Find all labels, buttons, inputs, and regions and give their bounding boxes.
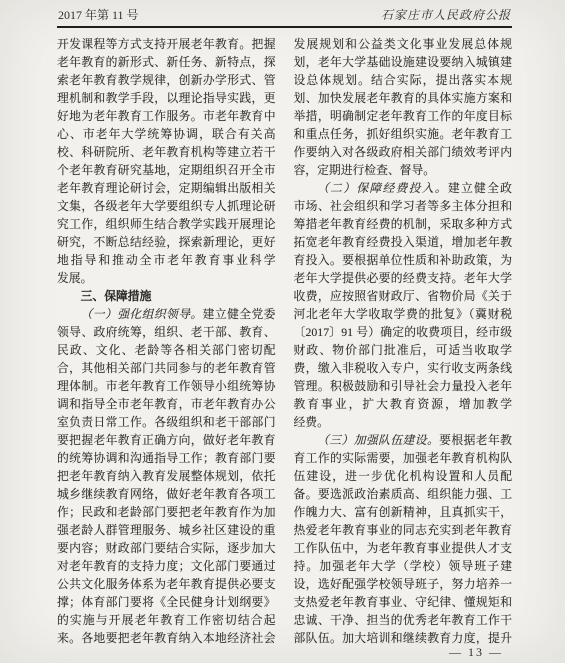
body-text: 校、科研院所、老年教育机构等建立若干 xyxy=(57,145,276,159)
body-text: 育投入。要根据单位性质和补助政策，为 xyxy=(294,253,513,267)
body-text: 撑；体育部门要将《全民健身计划纲要》 xyxy=(57,595,276,609)
body-text: 民政、文化、老龄等各相关部门密切配 xyxy=(57,343,276,357)
clause-lead-text: （二）保障经费投入。 xyxy=(317,181,448,195)
text-line: 究工作，组织师生结合教学实践开展理论 xyxy=(57,215,276,233)
body-text: 管理。积极鼓励和引导社会力量投入老年 xyxy=(294,379,513,393)
body-text: 把老年教育纳入教育发展整体规划，依托 xyxy=(57,469,276,483)
text-line: 撑；体育部门要将《全民健身计划纲要》 xyxy=(57,593,276,611)
text-line: 筹措老年教育经费的机制，采取多种方式 xyxy=(294,215,513,233)
text-line: 调和指导全市老年教育，市老年教育办公 xyxy=(57,395,276,413)
text-line: （三）加强队伍建设。要根据老年教 xyxy=(294,431,513,449)
text-line: 文集，各级老年大学要组织专人抓理论研 xyxy=(57,197,276,215)
body-text: 合，其他相关部门共同参与的老年教育管 xyxy=(57,361,276,375)
text-line: 城乡继续教育网络，做好老年教育各项工 xyxy=(57,485,276,503)
body-text: 河北老年大学收取学费的批复》（冀财税 xyxy=(294,307,513,321)
text-line: 的统筹协调和沟通指导工作；教育部门要 xyxy=(57,449,276,467)
body-text: 发展。 xyxy=(57,271,92,285)
text-line: 老年教育的新形式、新任务、新特点，探 xyxy=(57,53,276,71)
text-line: 开发课程等方式支持开展老年教育。把握 xyxy=(57,35,276,53)
text-line: 育工作的实际需要，加强老年教育机构队 xyxy=(294,449,513,467)
text-line: 设，选好配强学校领导班子，努力培养一 xyxy=(294,575,513,593)
text-line: 河北老年大学收取学费的批复》（冀财税 xyxy=(294,305,513,323)
text-line: 老年大学提供必要的经费支持。老年大学 xyxy=(294,269,513,287)
text-line: 来。各地要把老年教育纳入本地经济社会 xyxy=(57,629,276,647)
text-line: 作；民政和老龄部门要把老年教育作为加 xyxy=(57,503,276,521)
body-text: 作要纳入对各级政府相关部门绩效考评内 xyxy=(294,145,513,159)
page-number: — 13 — xyxy=(449,645,503,660)
text-line: 设总体规划。结合实际，提出落实本规 xyxy=(294,71,513,89)
text-line: 支热爱老年教育事业、守纪律、懂规矩和 xyxy=(294,593,513,611)
body-text: 经费。 xyxy=(294,415,329,429)
body-text: 好地为老年教育工作服务。市老年教育中 xyxy=(57,109,276,123)
body-text: 公共文化服务体系为老年教育提供必要支 xyxy=(57,577,276,591)
text-line: 理机制和教学手段，以理论指导实践，更 xyxy=(57,89,276,107)
text-line: 要内容；财政部门要结合实际，逐步加大 xyxy=(57,539,276,557)
text-line: 发展。 xyxy=(57,269,276,287)
body-text: 拓宽老年教育经费投入渠道，增加老年教 xyxy=(294,235,513,249)
issue-number: 2017 年第 11 号 xyxy=(58,8,139,23)
body-text: 开发课程等方式支持开展老年教育。把握 xyxy=(57,37,276,51)
text-line: 的实施与开展老年教育工作密切结合起 xyxy=(57,611,276,629)
text-line: 理体制。市老年教育工作领导小组统筹协 xyxy=(57,377,276,395)
text-line: 持。加强老年大学（学校）领导班子建 xyxy=(294,557,513,575)
body-text: 持。加强老年大学（学校）领导班子建 xyxy=(294,559,513,573)
text-line: 容，定期进行检查、督导。 xyxy=(294,161,513,179)
document-page: 2017 年第 11 号 石家庄市人民政府公报 开发课程等方式支持开展老年教育。… xyxy=(0,0,565,663)
text-line: 工作队伍中，为老年教育事业提供人才支 xyxy=(294,539,513,557)
body-text: 要把握老年教育正确方向，做好老年教育 xyxy=(57,433,276,447)
text-line: 伍建设，进一步优化机构设置和人员配 xyxy=(294,467,513,485)
text-line: 强老龄人群管理服务、城乡社区建设的重 xyxy=(57,521,276,539)
text-line: 民政、文化、老龄等各相关部门密切配 xyxy=(57,341,276,359)
body-text: 强老龄人群管理服务、城乡社区建设的重 xyxy=(57,523,276,537)
text-line: 公共文化服务体系为老年教育提供必要支 xyxy=(57,575,276,593)
column-left: 开发课程等方式支持开展老年教育。把握老年教育的新形式、新任务、新特点，探索老年教… xyxy=(57,35,276,647)
text-line: 市场、社会组织和学习者等多主体分担和 xyxy=(294,197,513,215)
body-text: 支热爱老年教育事业、守纪律、懂规矩和 xyxy=(294,595,513,609)
text-line: 和重点任务，抓好组织实施。老年教育工 xyxy=(294,125,513,143)
body-text: 调和指导全市老年教育，市老年教育办公 xyxy=(57,397,276,411)
page-header: 2017 年第 11 号 石家庄市人民政府公报 xyxy=(57,8,512,23)
body-text: 设，选好配强学校领导班子，努力培养一 xyxy=(294,577,513,591)
body-text: 心、市老年大学统筹协调，联合有关高 xyxy=(57,127,276,141)
text-line: 研究，不断总结经验，探索新理论，更好 xyxy=(57,233,276,251)
body-text: 作；民政和老龄部门要把老年教育作为加 xyxy=(57,505,276,519)
body-text: 〔2017〕91 号）确定的收费项目，经市级 xyxy=(294,325,513,339)
body-text: 理体制。市老年教育工作领导小组统筹协 xyxy=(57,379,276,393)
body-text: 部队伍。加大培训和继续教育力度，提升 xyxy=(294,631,513,645)
body-text: 老年教育理论研讨会，定期编辑出版相关 xyxy=(57,181,276,195)
text-line: 备。要选派政治素质高、组织能力强、工 xyxy=(294,485,513,503)
text-line: 拓宽老年教育经费投入渠道，增加老年教 xyxy=(294,233,513,251)
text-line: 对老年教育的支持力度；文化部门要通过 xyxy=(57,557,276,575)
body-text: 城乡继续教育网络，做好老年教育各项工 xyxy=(57,487,276,501)
body-text: 划、加快发展老年教育的具体实施方案和 xyxy=(294,91,513,105)
text-line: 划，老年大学基础设施建设要纳入城镇建 xyxy=(294,53,513,71)
body-text: 来。各地要把老年教育纳入本地经济社会 xyxy=(57,631,276,645)
body-text: 热爱老年教育事业的同志充实到老年教育 xyxy=(294,523,513,537)
body-text: 老年教育的新形式、新任务、新特点，探 xyxy=(57,55,276,69)
body-text: 举措，明确制定老年教育工作的年度目标 xyxy=(294,109,513,123)
body-text: 个老年教育研究基地，定期组织召开全市 xyxy=(57,163,276,177)
text-line: 发展规划和公益类文化事业发展总体规 xyxy=(294,35,513,53)
text-line: 校、科研院所、老年教育机构等建立若干 xyxy=(57,143,276,161)
text-line: 室负责日常工作。各级组织和老干部部门 xyxy=(57,413,276,431)
body-text: 育工作的实际需要，加强老年教育机构队 xyxy=(294,451,513,465)
text-line: 〔2017〕91 号）确定的收费项目，经市级 xyxy=(294,323,513,341)
clause-lead-text: （一）强化组织领导。 xyxy=(81,307,203,321)
text-line: 好地为老年教育工作服务。市老年教育中 xyxy=(57,107,276,125)
body-text: 要内容；财政部门要结合实际，逐步加大 xyxy=(57,541,276,555)
body-text: 的统筹协调和沟通指导工作；教育部门要 xyxy=(57,451,276,465)
clause-lead-text: （三）加强队伍建设。 xyxy=(317,433,439,447)
body-text: 财政、物价部门批准后，可适当收取学 xyxy=(294,343,513,357)
text-line: 管理。积极鼓励和引导社会力量投入老年 xyxy=(294,377,513,395)
text-line: 作要纳入对各级政府相关部门绩效考评内 xyxy=(294,143,513,161)
body-text: 设总体规划。结合实际，提出落实本规 xyxy=(294,73,513,87)
text-line: 收费，应按照省财政厅、省物价局《关于 xyxy=(294,287,513,305)
body-text: 容，定期进行检查、督导。 xyxy=(294,163,436,177)
text-line: 热爱老年教育事业的同志充实到老年教育 xyxy=(294,521,513,539)
text-line: 作魄力大、富有创新精神，且真抓实干， xyxy=(294,503,513,521)
text-line: 把老年教育纳入教育发展整体规划，依托 xyxy=(57,467,276,485)
text-line: 经费。 xyxy=(294,413,513,431)
body-text: 和重点任务，抓好组织实施。老年教育工 xyxy=(294,127,513,141)
body-text: 备。要选派政治素质高、组织能力强、工 xyxy=(294,487,513,501)
text-line: 合，其他相关部门共同参与的老年教育管 xyxy=(57,359,276,377)
body-text: 发展规划和公益类文化事业发展总体规 xyxy=(294,37,513,51)
text-line: 心、市老年大学统筹协调，联合有关高 xyxy=(57,125,276,143)
body-text: 忠诚、干净、担当的优秀老年教育工作干 xyxy=(294,613,513,627)
body-text: 三、保障措施 xyxy=(81,289,152,303)
body-text: 筹措老年教育经费的机制，采取多种方式 xyxy=(294,217,513,231)
publication-title: 石家庄市人民政府公报 xyxy=(381,8,511,23)
text-line: 领导、政府统筹，组织、老干部、教育、 xyxy=(57,323,276,341)
text-line: 划、加快发展老年教育的具体实施方案和 xyxy=(294,89,513,107)
text-line: 地指导和推动全市老年教育事业科学 xyxy=(57,251,276,269)
body-text: 划，老年大学基础设施建设要纳入城镇建 xyxy=(294,55,513,69)
text-line: 财政、物价部门批准后，可适当收取学 xyxy=(294,341,513,359)
body-text: 领导、政府统筹，组织、老干部、教育、 xyxy=(57,325,276,339)
text-line: 老年教育理论研讨会，定期编辑出版相关 xyxy=(57,179,276,197)
body-text: 索老年教育教学规律，创新办学形式、管 xyxy=(57,73,276,87)
body-text: 要根据老年教 xyxy=(439,433,512,447)
body-text: 文集，各级老年大学要组织专人抓理论研 xyxy=(57,199,276,213)
body-text: 理机制和教学手段，以理论指导实践，更 xyxy=(57,91,276,105)
body-text: 老年大学提供必要的经费支持。老年大学 xyxy=(294,271,513,285)
body-text: 研究，不断总结经验，探索新理论，更好 xyxy=(57,235,276,249)
text-line: 索老年教育教学规律，创新办学形式、管 xyxy=(57,71,276,89)
text-line: 育投入。要根据单位性质和补助政策，为 xyxy=(294,251,513,269)
body-text: 收费，应按照省财政厅、省物价局《关于 xyxy=(294,289,513,303)
column-right: 发展规划和公益类文化事业发展总体规划，老年大学基础设施建设要纳入城镇建设总体规划… xyxy=(294,35,513,647)
text-line: 个老年教育研究基地，定期组织召开全市 xyxy=(57,161,276,179)
body-text: 对老年教育的支持力度；文化部门要通过 xyxy=(57,559,276,573)
section-heading: 三、保障措施 xyxy=(57,287,276,305)
body-text: 教育事业，扩大教育资源，增加教学 xyxy=(294,397,513,411)
body-text: 作魄力大、富有创新精神，且真抓实干， xyxy=(294,505,513,519)
text-line: （一）强化组织领导。建立健全党委 xyxy=(57,305,276,323)
body-text: 费，缴入非税收入专户，实行收支两条线 xyxy=(294,361,513,375)
text-line: 要把握老年教育正确方向，做好老年教育 xyxy=(57,431,276,449)
body-text: 地指导和推动全市老年教育事业科学 xyxy=(57,253,276,267)
body-text: 的实施与开展老年教育工作密切结合起 xyxy=(57,613,276,627)
body-text: 建立健全党委 xyxy=(203,307,276,321)
text-line: 教育事业，扩大教育资源，增加教学 xyxy=(294,395,513,413)
body-text: 室负责日常工作。各级组织和老干部部门 xyxy=(57,415,276,429)
header-rule xyxy=(57,26,512,28)
text-line: 费，缴入非税收入专户，实行收支两条线 xyxy=(294,359,513,377)
body-text: 工作队伍中，为老年教育事业提供人才支 xyxy=(294,541,513,555)
body-text: 伍建设，进一步优化机构设置和人员配 xyxy=(294,469,513,483)
text-line: 忠诚、干净、担当的优秀老年教育工作干 xyxy=(294,611,513,629)
body-text: 究工作，组织师生结合教学实践开展理论 xyxy=(57,217,276,231)
text-line: （二）保障经费投入。建立健全政府、 xyxy=(294,179,513,197)
body-text: 市场、社会组织和学习者等多主体分担和 xyxy=(294,199,513,213)
columns-container: 开发课程等方式支持开展老年教育。把握老年教育的新形式、新任务、新特点，探索老年教… xyxy=(57,35,512,647)
text-line: 举措，明确制定老年教育工作的年度目标 xyxy=(294,107,513,125)
